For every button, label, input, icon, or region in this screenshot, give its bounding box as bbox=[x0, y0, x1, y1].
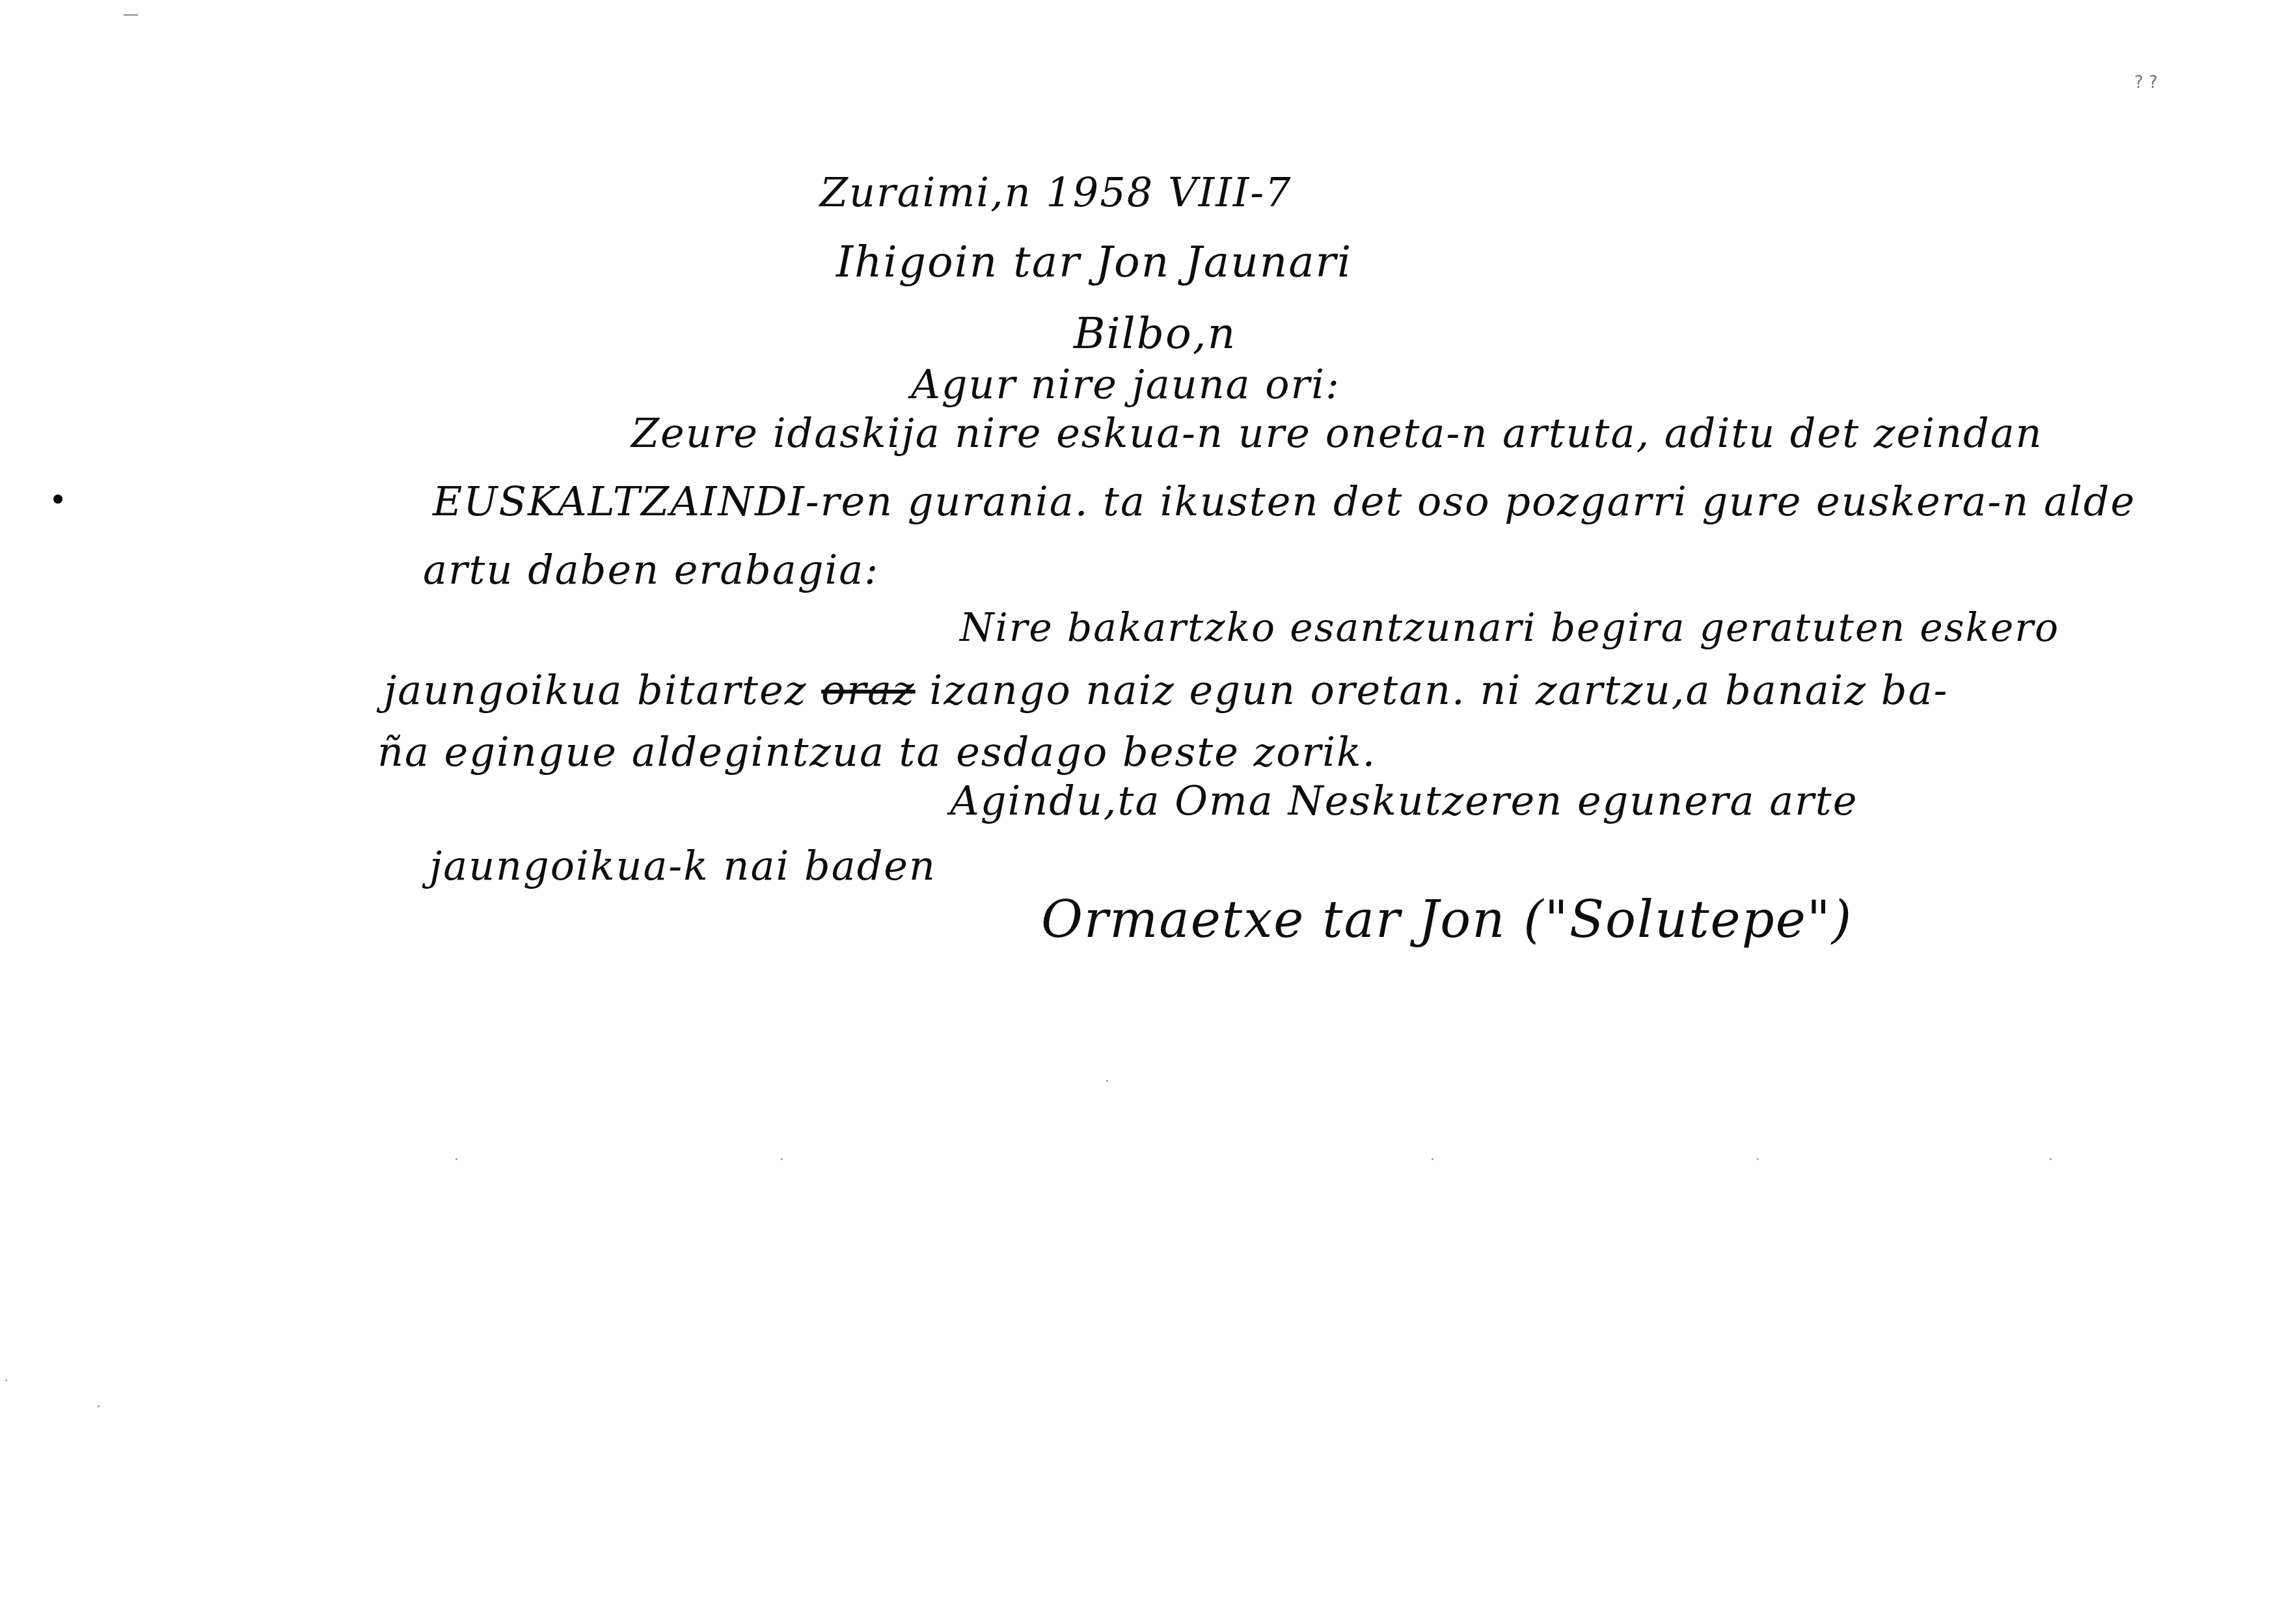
scan-speck bbox=[455, 1158, 457, 1160]
scan-speck bbox=[1757, 1158, 1759, 1160]
paragraph-2-line-2-end: izango naiz egun oretan. ni zartzu,a ban… bbox=[929, 666, 1948, 714]
scan-speck bbox=[1432, 1158, 1433, 1160]
struck-out-word: oraz bbox=[821, 666, 916, 714]
scan-artifact-line bbox=[124, 14, 138, 16]
letter-recipient: Ihigoin tar Jon Jaunari bbox=[836, 241, 1352, 284]
scan-speck bbox=[5, 1379, 7, 1381]
punch-hole-dot-icon bbox=[53, 494, 62, 504]
scan-speck bbox=[1106, 1080, 1108, 1082]
paragraph-1-line-3: artu daben erabagia: bbox=[423, 550, 879, 590]
corner-page-mark: ? ? bbox=[2134, 73, 2158, 92]
signature: Ormaetxe tar Jon ("Solutepe") bbox=[1041, 895, 1853, 945]
paragraph-1-line-2: EUSKALTZAINDI-ren gurania. ta ikusten de… bbox=[433, 481, 2136, 522]
paragraph-1-line-1: Zeure idaskija nire eskua-n ure oneta-n … bbox=[631, 413, 2043, 453]
letter-greeting: Agur nire jauna ori: bbox=[911, 364, 1340, 405]
paragraph-3-line-2: jaungoikua-k nai baden bbox=[429, 846, 936, 886]
scanned-letter-page: { "letter": { "header": { "date_line": "… bbox=[0, 0, 2282, 1624]
letter-city: Bilbo,n bbox=[1074, 312, 1236, 355]
paragraph-2-line-3: ña egingue aldegintzua ta esdago beste z… bbox=[377, 732, 1376, 772]
scan-speck bbox=[98, 1405, 100, 1407]
paragraph-3-line-1: Agindu,ta Oma Neskutzeren egunera arte bbox=[950, 781, 1858, 821]
scan-speck bbox=[2050, 1158, 2052, 1160]
paragraph-2-line-2: jaungoikua bitartez oraz izango naiz egu… bbox=[384, 670, 1948, 710]
paragraph-2-line-1: Nire bakartzko esantzunari begira geratu… bbox=[960, 608, 2059, 647]
letter-date-line: Zuraimi,n 1958 VIII-7 bbox=[820, 172, 1292, 213]
scan-speck bbox=[781, 1158, 783, 1160]
paragraph-2-line-2-start: jaungoikua bitartez bbox=[384, 666, 807, 714]
